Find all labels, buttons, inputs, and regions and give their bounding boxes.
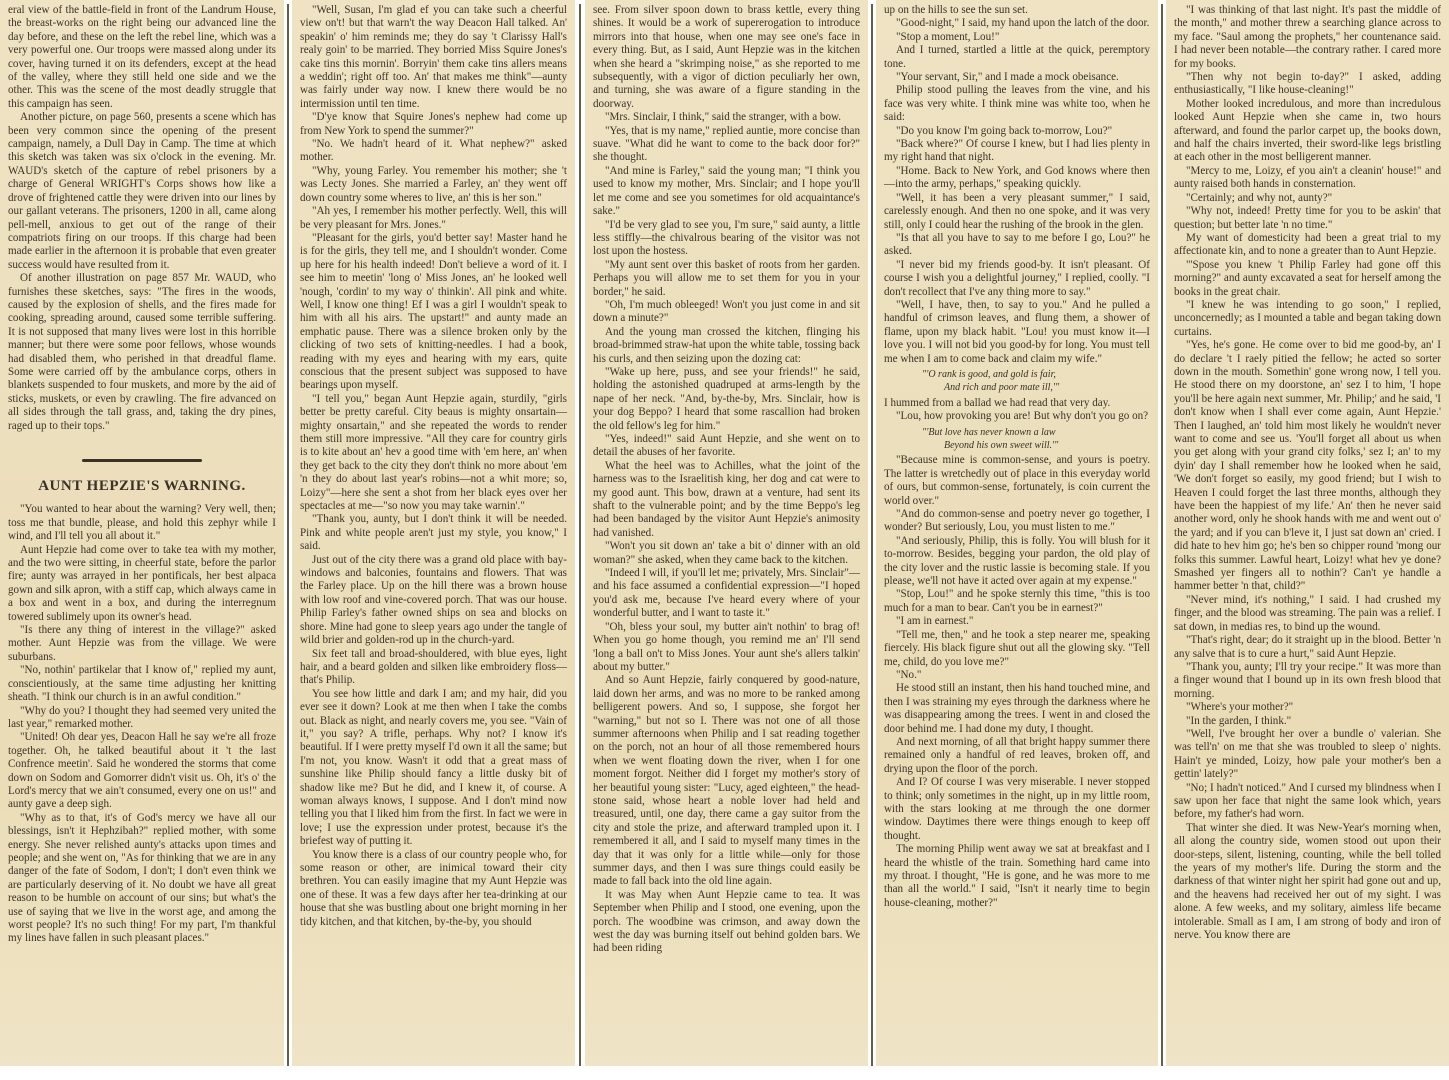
paragraph: "Well, I've brought her over a bundle o'… — [1174, 728, 1441, 782]
paragraph: "Yes, indeed!" said Aunt Hepzie, and she… — [593, 433, 860, 460]
paragraph: And the young man crossed the kitchen, f… — [593, 326, 860, 366]
paragraph: "In the garden, I think." — [1174, 715, 1441, 728]
paragraph: That winter she died. It was New-Year's … — [1174, 822, 1441, 943]
paragraph: You see how little and dark I am; and my… — [300, 688, 567, 849]
paragraph: "My aunt sent over this basket of roots … — [593, 259, 860, 299]
paragraph: "Tell me, then," and he took a step near… — [884, 629, 1150, 669]
column-2: "Well, Susan, I'm glad ef you can take s… — [292, 0, 575, 1080]
paragraph: "Thank you, aunty, but I don't think it … — [300, 513, 567, 553]
column-rule — [287, 4, 289, 1066]
page-margin — [0, 1066, 1449, 1080]
paragraph: "No, nothin' partikelar that I know of,"… — [8, 664, 276, 704]
paragraph: Of another illustration on page 857 Mr. … — [8, 272, 276, 433]
paragraph: Mother looked incredulous, and more than… — [1174, 98, 1441, 165]
paragraph: "Back where?" Of course I knew, but I ha… — [884, 138, 1150, 165]
paragraph: It was May when Aunt Hepzie came to tea.… — [593, 889, 860, 956]
paragraph: I hummed from a ballad we had read that … — [884, 397, 1150, 410]
paragraph: "No." — [884, 669, 1150, 682]
paragraph: "Ah yes, I remember his mother perfectly… — [300, 205, 567, 232]
paragraph: "I tell you," began Aunt Hepzie again, s… — [300, 393, 567, 514]
paragraph: "I am in earnest." — [884, 615, 1150, 628]
paragraph: up on the hills to see the sun set. — [884, 4, 1150, 17]
paragraph: "Indeed I will, if you'll let me; privat… — [593, 567, 860, 621]
paragraph: "Why do you? I thought they had seemed v… — [8, 705, 276, 732]
paragraph: "Stop, Lou!" and he spoke sternly this t… — [884, 588, 1150, 615]
paragraph: "Well, it has been a very pleasant summe… — [884, 192, 1150, 232]
paragraph: eral view of the battle-field in front o… — [8, 4, 276, 111]
paragraph: "Never mind, it's nothing," I said. I ha… — [1174, 594, 1441, 634]
paragraph: You know there is a class of our country… — [300, 849, 567, 929]
paragraph: "And mine is Farley," said the young man… — [593, 165, 860, 219]
paragraph: "Wake up here, puss, and see your friend… — [593, 366, 860, 433]
paragraph: "Mercy to me, Loizy, ef you ain't a clea… — [1174, 165, 1441, 192]
paragraph: And so Aunt Hepzie, fairly conquered by … — [593, 674, 860, 889]
paragraph: Philip stood pulling the leaves from the… — [884, 84, 1150, 124]
section-divider — [82, 459, 202, 462]
paragraph: "Why not, indeed! Pretty time for you to… — [1174, 205, 1441, 232]
paragraph: "And do common-sense and poetry never go… — [884, 508, 1150, 535]
paragraph: "Well, Susan, I'm glad ef you can take s… — [300, 4, 567, 111]
paragraph: "United! Oh dear yes, Deacon Hall he say… — [8, 731, 276, 811]
paragraph: see. From silver spoon down to brass ket… — [593, 4, 860, 111]
paragraph: "Oh, I'm much obleeged! Won't you just c… — [593, 299, 860, 326]
paragraph: "Lou, how provoking you are! But why don… — [884, 410, 1150, 423]
story-title: AUNT HEPZIE'S WARNING. — [8, 480, 276, 493]
paragraph: "Mrs. Sinclair, I think," said the stran… — [593, 111, 860, 124]
paragraph: "Your servant, Sir," and I made a mock o… — [884, 71, 1150, 84]
column-rule — [579, 4, 581, 1066]
paragraph: And I turned, startled a little at the q… — [884, 44, 1150, 71]
column-rule — [1161, 4, 1163, 1066]
paragraph: And I? Of course I was very miserable. I… — [884, 776, 1150, 843]
paragraph: "No; I hadn't noticed." And I cursed my … — [1174, 782, 1441, 822]
paragraph: The morning Philip went away we sat at b… — [884, 843, 1150, 910]
paragraph: "Because mine is common-sense, and yours… — [884, 454, 1150, 508]
paragraph: And next morning, of all that bright hap… — [884, 736, 1150, 776]
verse-quote: "'O rank is good, and gold is fair, And … — [884, 368, 1150, 395]
paragraph: "No. We hadn't heard of it. What nephew?… — [300, 138, 567, 165]
verse-line: "'But love has never known a law — [922, 426, 1150, 439]
column-4: up on the hills to see the sun set. "Goo… — [876, 0, 1158, 1080]
paragraph: "And seriously, Philip, this is folly. Y… — [884, 535, 1150, 589]
paragraph: "I was thinking of that last night. It's… — [1174, 4, 1441, 71]
paragraph: "I knew he was intending to go soon," I … — [1174, 299, 1441, 339]
column-1: eral view of the battle-field in front o… — [0, 0, 284, 1080]
paragraph: "Why as to that, it's of God's mercy we … — [8, 812, 276, 946]
column-rule — [871, 4, 873, 1066]
verse-line: "'O rank is good, and gold is fair, — [922, 368, 1150, 381]
verse-line: And rich and poor mate ill,'" — [922, 381, 1150, 394]
paragraph: "Home. Back to New York, and God knows w… — [884, 165, 1150, 192]
paragraph: "You wanted to hear about the warning? V… — [8, 503, 276, 543]
verse-quote: "'But love has never known a law Beyond … — [884, 426, 1150, 453]
paragraph: "Do you know I'm going back to-morrow, L… — [884, 125, 1150, 138]
paragraph: "Certainly; and why not, aunty?" — [1174, 192, 1441, 205]
paragraph: "'Spose you knew 't Philip Farley had go… — [1174, 259, 1441, 299]
paragraph: "I'd be very glad to see you, I'm sure,"… — [593, 219, 860, 259]
paragraph: "Is that all you have to say to me befor… — [884, 232, 1150, 259]
paragraph: "Pleasant for the girls, you'd better sa… — [300, 232, 567, 393]
paragraph: "Is there any thing of interest in the v… — [8, 624, 276, 664]
paragraph: "I never bid my friends good-by. It isn'… — [884, 259, 1150, 299]
paragraph: He stood still an instant, then his hand… — [884, 682, 1150, 736]
paragraph: Aunt Hepzie had come over to take tea wi… — [8, 544, 276, 624]
paragraph: Just out of the city there was a grand o… — [300, 554, 567, 648]
paragraph: "Why, young Farley. You remember his mot… — [300, 165, 567, 205]
paragraph: "Good-night," I said, my hand upon the l… — [884, 17, 1150, 30]
paragraph: "Yes, that is my name," replied auntie, … — [593, 125, 860, 165]
verse-line: Beyond his own sweet will.'" — [922, 439, 1150, 452]
paragraph: "Yes, he's gone. He come over to bid me … — [1174, 339, 1441, 594]
paragraph: Six feet tall and broad-shouldered, with… — [300, 648, 567, 688]
paragraph: "Oh, bless your soul, my butter ain't no… — [593, 621, 860, 675]
paragraph: "That's right, dear; do it straight up i… — [1174, 634, 1441, 661]
paragraph: "Then why not begin to-day?" I asked, ad… — [1174, 71, 1441, 98]
paragraph: "Stop a moment, Lou!" — [884, 31, 1150, 44]
paragraph: My want of domesticity had been a great … — [1174, 232, 1441, 259]
paragraph: "Thank you, aunty; I'll try your recipe.… — [1174, 661, 1441, 701]
column-5: "I was thinking of that last night. It's… — [1166, 0, 1449, 1080]
paragraph: "Where's your mother?" — [1174, 701, 1441, 714]
paragraph: Another picture, on page 560, presents a… — [8, 111, 276, 272]
paragraph: What the heel was to Achilles, what the … — [593, 460, 860, 540]
paragraph: "D'ye know that Squire Jones's nephew ha… — [300, 111, 567, 138]
newspaper-page: eral view of the battle-field in front o… — [0, 0, 1449, 1080]
paragraph: "Well, I have, then, to say to you." And… — [884, 299, 1150, 366]
column-3: see. From silver spoon down to brass ket… — [585, 0, 868, 1080]
paragraph: "Won't you sit down an' take a bit o' di… — [593, 540, 860, 567]
